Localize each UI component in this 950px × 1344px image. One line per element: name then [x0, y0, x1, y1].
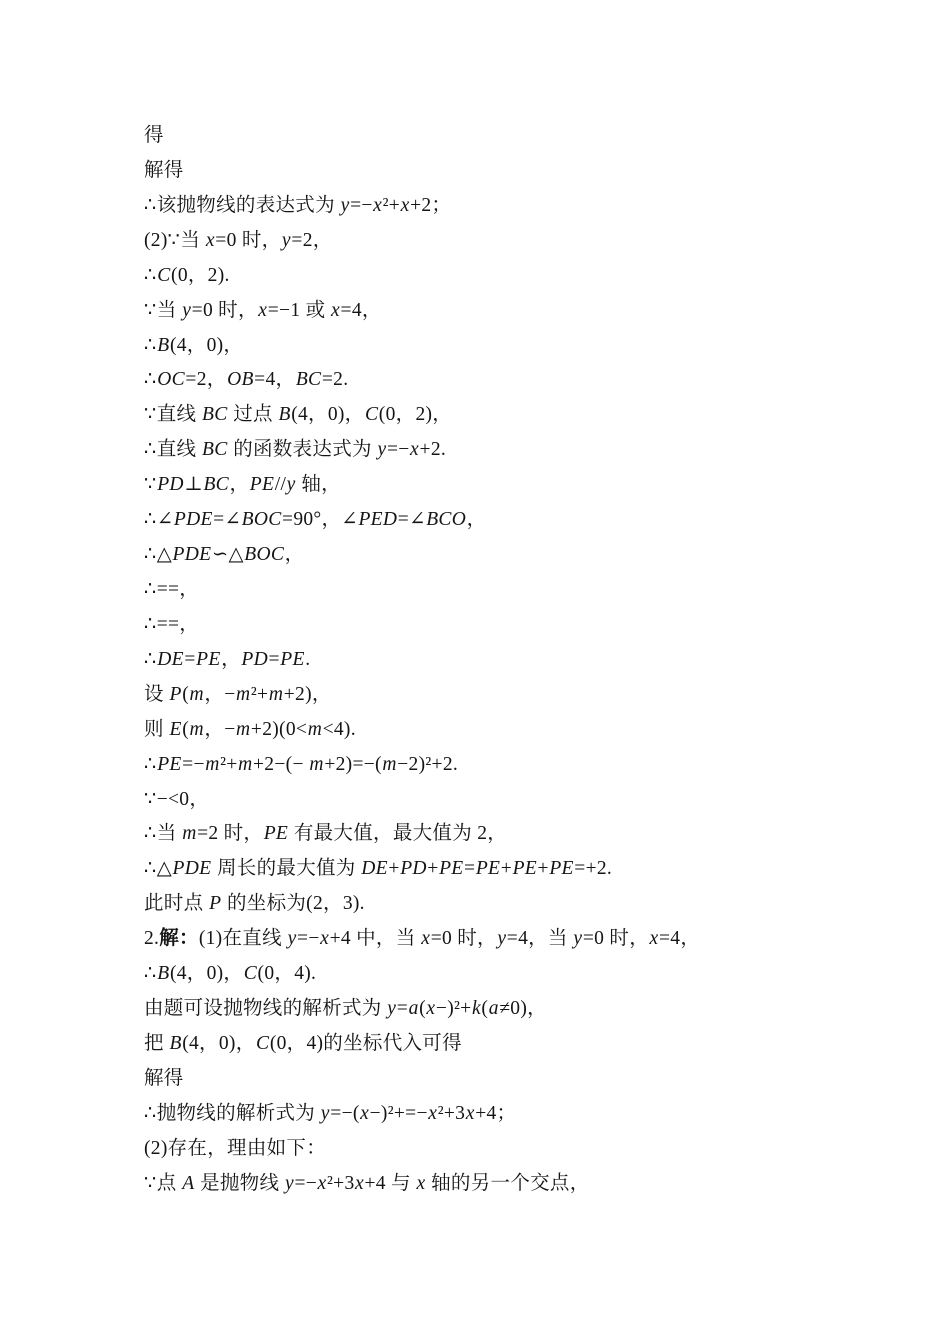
text-segment: ∴△PDE 周长的最大值为 DE+PD+PE=PE+PE+PE=+2. [144, 858, 612, 879]
text-segment: ∴DE=PE，PD=PE. [144, 649, 310, 670]
text-segment: ∵PD⊥BC，PE//y 轴， [144, 474, 341, 495]
text-line: ∴==， [144, 608, 890, 643]
text-line: ∴PE=−m²+m+2−(− m+2)=−(m−2)²+2. [144, 748, 890, 783]
text-line: ∴B(4，0)，C(0，4). [144, 957, 890, 992]
bold-text-segment: 解： [159, 928, 199, 949]
text-segment: 得 [144, 125, 164, 146]
text-segment: 则 E(m，−m+2)(0<m<4). [144, 719, 356, 740]
text-line: ∴当 m=2 时，PE 有最大值，最大值为 2， [144, 817, 890, 852]
text-segment: ∴C(0，2). [144, 265, 230, 286]
text-segment: ∴B(4，0)， [144, 335, 243, 356]
page: 得解得∴该抛物线的表达式为 y=−x²+x+2；(2)∵当 x=0 时，y=2，… [0, 0, 950, 1344]
text-segment: 解得 [144, 1068, 184, 1089]
text-line: ∴直线 BC 的函数表达式为 y=−x+2. [144, 433, 890, 468]
text-segment: ∵直线 BC 过点 B(4，0)，C(0，2)， [144, 404, 452, 425]
text-line: ∴△PDE∽△BOC， [144, 538, 890, 573]
text-segment: ∴直线 BC 的函数表达式为 y=−x+2. [144, 439, 446, 460]
text-segment: ∴B(4，0)，C(0，4). [144, 963, 316, 984]
text-line: 设 P(m，−m²+m+2)， [144, 678, 890, 713]
text-line: ∴∠PDE=∠BOC=90°，∠PED=∠BCO， [144, 503, 890, 538]
text-segment: ∴==， [144, 614, 199, 635]
text-segment: 设 P(m，−m²+m+2)， [144, 684, 332, 705]
text-line: ∴该抛物线的表达式为 y=−x²+x+2； [144, 189, 890, 224]
text-segment: (2)存在，理由如下： [144, 1138, 326, 1159]
text-segment: 此时点 P 的坐标为(2，3). [144, 893, 365, 914]
text-line: ∵−<0， [144, 783, 890, 818]
text-segment: (1)在直线 y=−x+4 中，当 x=0 时，y=4，当 y=0 时，x=4， [199, 928, 700, 949]
text-line: ∴△PDE 周长的最大值为 DE+PD+PE=PE+PE+PE=+2. [144, 852, 890, 887]
text-line: 得 [144, 119, 890, 154]
text-segment: (2)∵当 x=0 时，y=2， [144, 230, 333, 251]
text-line: 把 B(4，0)，C(0，4)的坐标代入可得 [144, 1027, 890, 1062]
text-segment: 2. [144, 928, 159, 949]
text-segment: ∵点 A 是抛物线 y=−x²+3x+4 与 x 轴的另一个交点， [144, 1173, 590, 1194]
text-line: ∴B(4，0)， [144, 329, 890, 364]
text-segment: ∴△PDE∽△BOC， [144, 544, 304, 565]
text-segment: ∵−<0， [144, 789, 209, 810]
text-segment: ∵当 y=0 时，x=−1 或 x=4， [144, 300, 382, 321]
document-lines: 得解得∴该抛物线的表达式为 y=−x²+x+2；(2)∵当 x=0 时，y=2，… [144, 119, 890, 1202]
text-line: ∴OC=2，OB=4，BC=2. [144, 363, 890, 398]
text-line: ∵PD⊥BC，PE//y 轴， [144, 468, 890, 503]
text-line: ∴抛物线的解析式为 y=−(x−)²+=−x²+3x+4； [144, 1097, 890, 1132]
text-line: (2)∵当 x=0 时，y=2， [144, 224, 890, 259]
text-line: ∵直线 BC 过点 B(4，0)，C(0，2)， [144, 398, 890, 433]
text-line: ∴DE=PE，PD=PE. [144, 643, 890, 678]
text-line: ∵当 y=0 时，x=−1 或 x=4， [144, 294, 890, 329]
text-line: 解得 [144, 1062, 890, 1097]
text-segment: ∴==， [144, 579, 199, 600]
text-line: (2)存在，理由如下： [144, 1132, 890, 1167]
text-segment: 由题可设抛物线的解析式为 y=a(x−)²+k(a≠0)， [144, 998, 547, 1019]
text-segment: ∴当 m=2 时，PE 有最大值，最大值为 2， [144, 823, 507, 844]
text-segment: ∴抛物线的解析式为 y=−(x−)²+=−x²+3x+4； [144, 1103, 516, 1124]
text-segment: 解得 [144, 160, 184, 181]
text-line: ∴C(0，2). [144, 259, 890, 294]
text-line: 解得 [144, 154, 890, 189]
text-line: 则 E(m，−m+2)(0<m<4). [144, 713, 890, 748]
text-line: 2.解：(1)在直线 y=−x+4 中，当 x=0 时，y=4，当 y=0 时，… [144, 922, 890, 957]
text-segment: ∴该抛物线的表达式为 y=−x²+x+2； [144, 195, 451, 216]
text-line: 此时点 P 的坐标为(2，3). [144, 887, 890, 922]
text-segment: ∴∠PDE=∠BOC=90°，∠PED=∠BCO， [144, 509, 486, 530]
text-line: 由题可设抛物线的解析式为 y=a(x−)²+k(a≠0)， [144, 992, 890, 1027]
text-segment: 把 B(4，0)，C(0，4)的坐标代入可得 [144, 1033, 462, 1054]
text-segment: ∴PE=−m²+m+2−(− m+2)=−(m−2)²+2. [144, 754, 458, 775]
text-line: ∵点 A 是抛物线 y=−x²+3x+4 与 x 轴的另一个交点， [144, 1167, 890, 1202]
text-line: ∴==， [144, 573, 890, 608]
text-segment: ∴OC=2，OB=4，BC=2. [144, 369, 348, 390]
